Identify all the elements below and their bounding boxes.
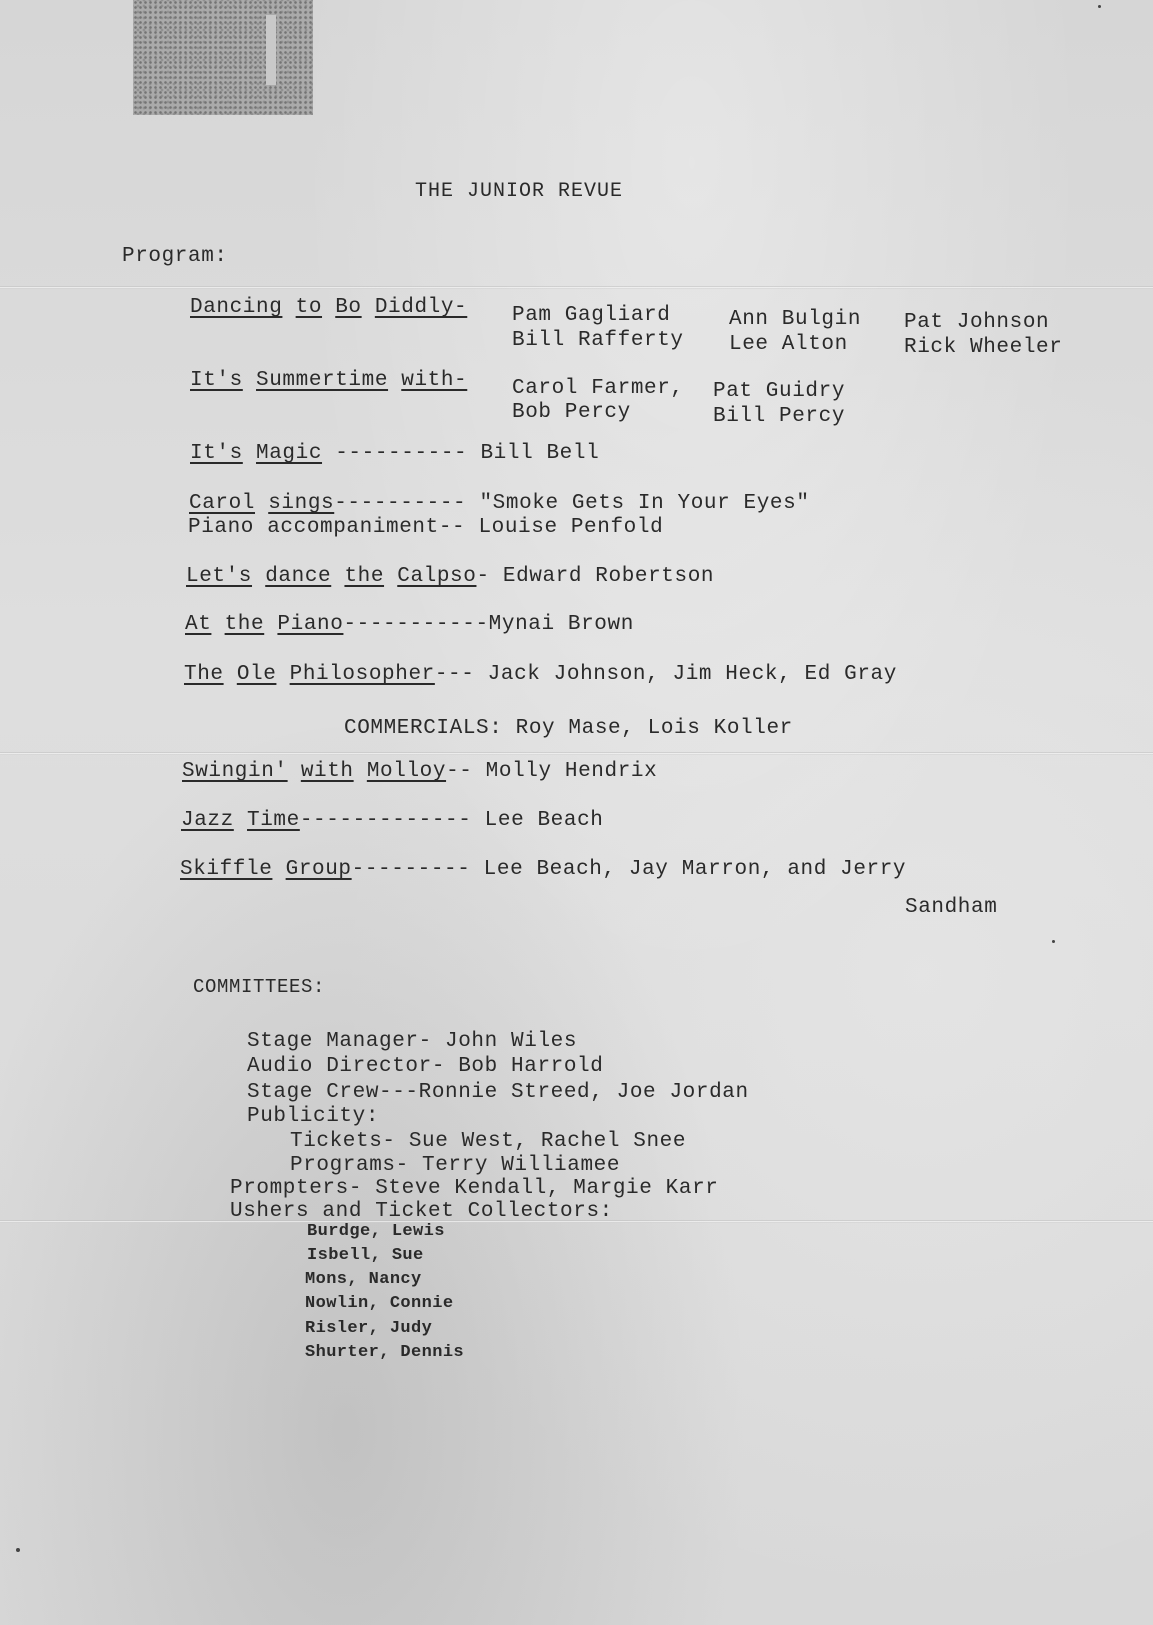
performer: Bill Percy <box>713 406 845 427</box>
committee-item: Publicity: <box>247 1106 379 1127</box>
committee-item: Ushers and Ticket Collectors: <box>230 1201 613 1222</box>
act-row: At the Piano-----------Mynai Brown <box>185 614 634 635</box>
performer: Carol Farmer, <box>512 378 684 399</box>
paper-speck <box>1098 5 1101 8</box>
committee-item: Stage Crew---Ronnie Streed, Joe Jordan <box>247 1082 749 1103</box>
commercials-line: COMMERCIALS: Roy Mase, Lois Koller <box>344 718 793 739</box>
committee-item: Programs- Terry Williamee <box>290 1155 620 1176</box>
paper-speck <box>16 1548 20 1552</box>
usher-name: Nowlin, Connie <box>305 1295 453 1312</box>
performer: Bob Percy <box>512 402 631 423</box>
act-subline: Piano accompaniment-- Louise Penfold <box>188 517 663 538</box>
performer: Lee Alton <box>729 334 848 355</box>
usher-name: Shurter, Dennis <box>305 1344 464 1361</box>
paper-speck <box>1052 940 1055 943</box>
committees-heading: COMMITTEES: <box>193 978 325 997</box>
performer: Bill Rafferty <box>512 330 684 351</box>
performer: Rick Wheeler <box>904 337 1062 358</box>
committee-item: Stage Manager- John Wiles <box>247 1031 577 1052</box>
act-row: The Ole Philosopher--- Jack Johnson, Jim… <box>184 664 897 685</box>
fold-line <box>0 286 1153 289</box>
program-heading: Program: <box>122 246 228 267</box>
performer-continuation: Sandham <box>905 897 997 918</box>
usher-name: Burdge, Lewis <box>307 1223 445 1240</box>
committee-item: Tickets- Sue West, Rachel Snee <box>290 1131 686 1152</box>
committee-item: Audio Director- Bob Harrold <box>247 1056 603 1077</box>
performer: Pat Guidry <box>713 381 845 402</box>
fold-line <box>0 752 1153 755</box>
performer: Pat Johnson <box>904 312 1049 333</box>
act-title: It's Summertime with- <box>190 370 467 391</box>
stamp-mark <box>133 0 313 115</box>
act-row: Skiffle Group--------- Lee Beach, Jay Ma… <box>180 859 906 880</box>
act-row: Let's dance the Calpso- Edward Robertson <box>186 566 714 587</box>
usher-name: Mons, Nancy <box>305 1271 422 1288</box>
performer: Ann Bulgin <box>729 309 861 330</box>
document-title: THE JUNIOR REVUE <box>415 182 623 202</box>
act-row: Swingin' with Molloy-- Molly Hendrix <box>182 761 657 782</box>
act-row: It's Magic ---------- Bill Bell <box>190 443 599 464</box>
usher-name: Risler, Judy <box>305 1320 432 1337</box>
act-row: Jazz Time------------- Lee Beach <box>181 810 604 831</box>
committee-item: Prompters- Steve Kendall, Margie Karr <box>230 1178 718 1199</box>
act-row: Carol sings---------- "Smoke Gets In You… <box>189 493 810 514</box>
performer: Pam Gagliard <box>512 305 670 326</box>
usher-name: Isbell, Sue <box>307 1247 424 1264</box>
act-title: Dancing to Bo Diddly- <box>190 297 467 318</box>
